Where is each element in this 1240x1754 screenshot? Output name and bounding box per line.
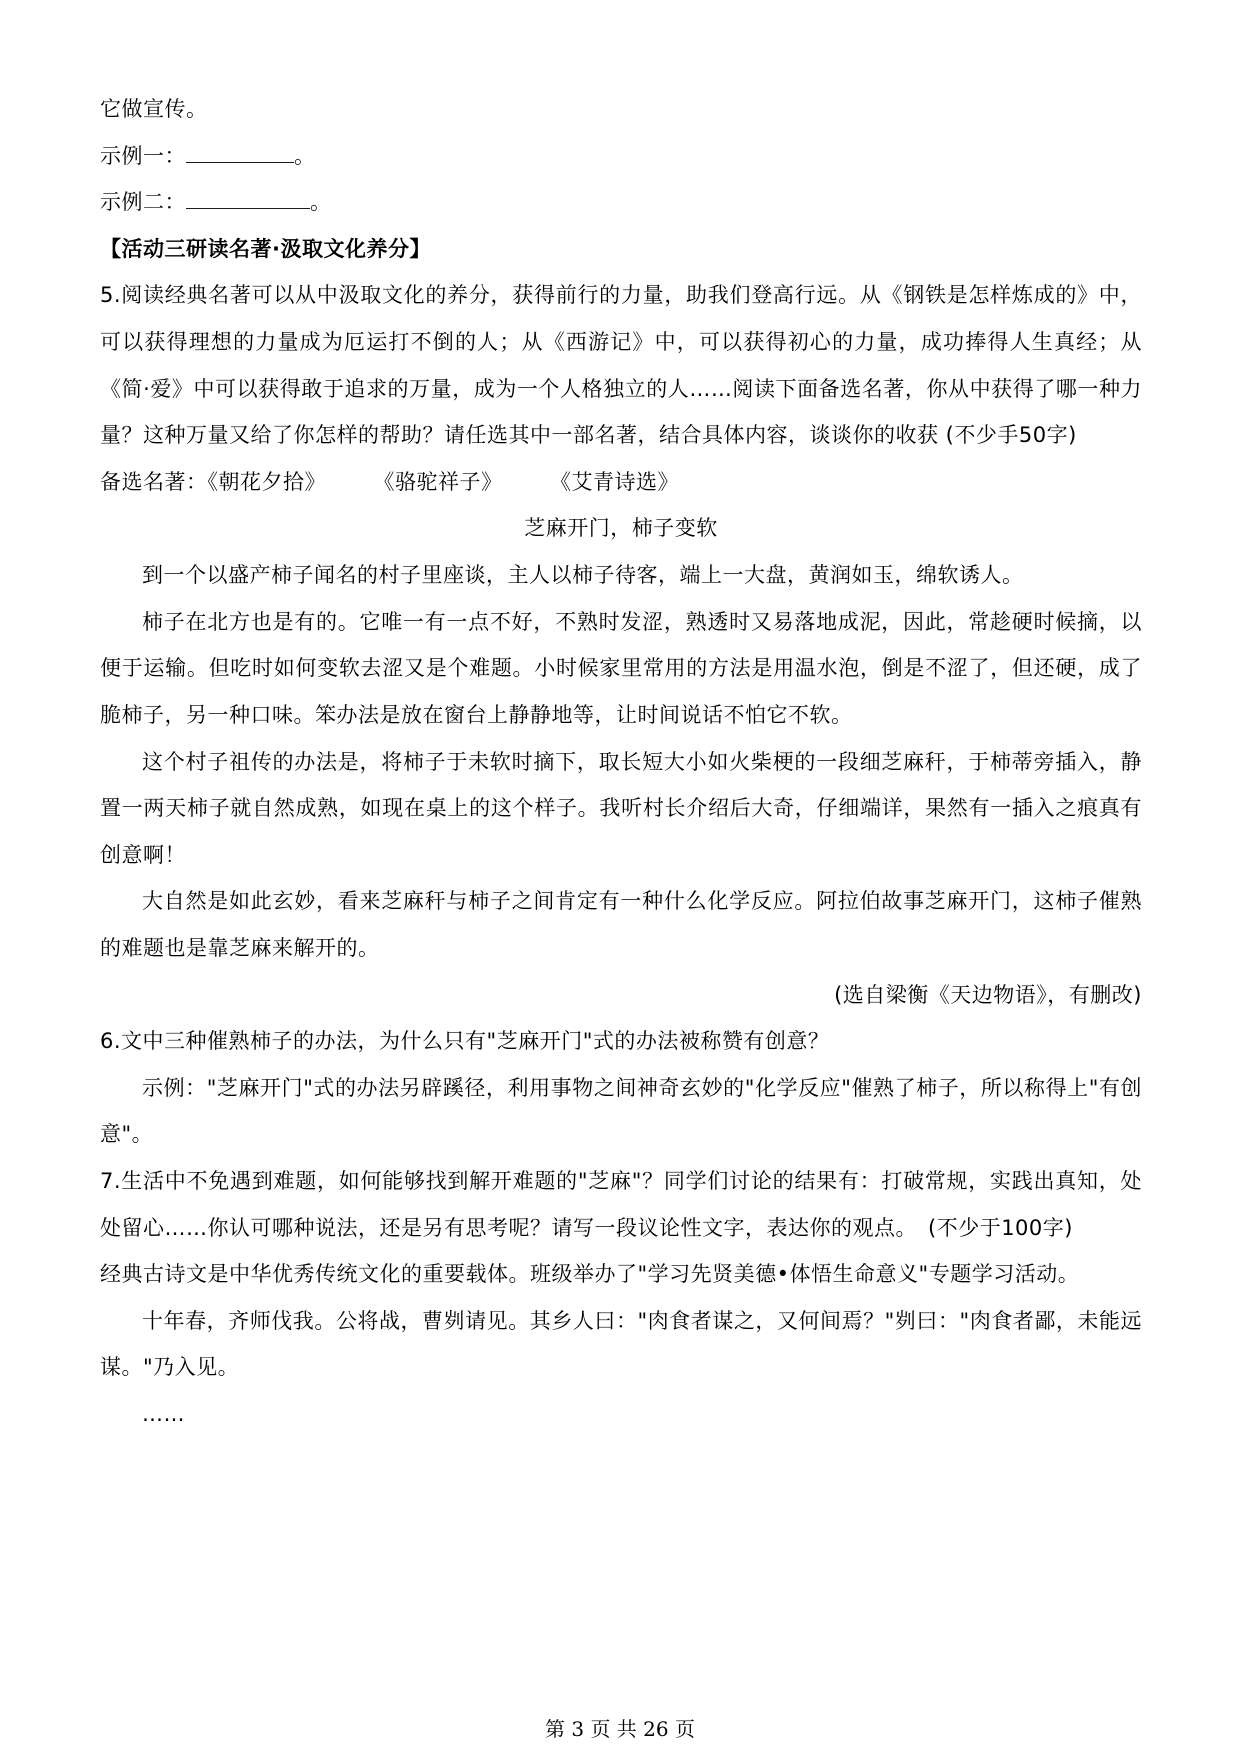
example-two-period: 。 <box>310 190 332 214</box>
essay-paragraph-4: 大自然是如此玄妙，看来芝麻秆与柿子之间肯定有一种什么化学反应。阿拉伯故事芝麻开门… <box>100 878 1142 971</box>
example-one-period: 。 <box>294 144 316 168</box>
fill-in-blank <box>186 188 310 209</box>
page-number-footer: 第 3 页 共 26 页 <box>0 1713 1240 1742</box>
ellipsis-line: …… <box>100 1391 1142 1438</box>
booklist-item: 《朝花夕拾》 <box>208 470 327 494</box>
essay-source-attribution: (选自梁衡《天边物语》，有删改) <box>100 972 1142 1019</box>
classical-text-paragraph: 十年春，齐师伐我。公将战，曹刿请见。其乡人曰："肉食者谋之，又何间焉？"刿曰："… <box>100 1298 1142 1391</box>
activity3-section-header: 【活动三研读名著·汲取文化养分】 <box>100 226 1142 273</box>
paragraph-intro-tail: 它做宣传。 <box>100 86 1142 133</box>
example-two-label: 示例二： <box>100 190 186 214</box>
document-body: 它做宣传。 示例一：。 示例二：。 【活动三研读名著·汲取文化养分】 5.阅读经… <box>100 86 1142 1438</box>
essay-paragraph-2: 柿子在北方也是有的。它唯一有一点不好，不熟时发涩，熟透时又易落地成泥，因此，常趁… <box>100 599 1142 739</box>
example-one-label: 示例一： <box>100 144 186 168</box>
booklist-label: 备选名著： <box>100 470 208 494</box>
question-7: 7.生活中不免遇到难题，如何能够找到解开难题的"芝麻"？同学们讨论的结果有：打破… <box>100 1158 1142 1251</box>
fill-in-blank <box>186 142 294 163</box>
essay-paragraph-3: 这个村子祖传的办法是，将柿子于未软时摘下，取长短大小如火柴梗的一段细芝麻秆，于柿… <box>100 739 1142 879</box>
booklist-item: 《艾青诗选》 <box>561 470 680 494</box>
example-one-line: 示例一：。 <box>100 133 1142 180</box>
booklist-line: 备选名著：《朝花夕拾》《骆驼祥子》《艾青诗选》 <box>100 459 1142 506</box>
question-6-answer: 示例："芝麻开门"式的办法另辟蹊径，利用事物之间神奇玄妙的"化学反应"催熟了柿子… <box>100 1065 1142 1158</box>
essay-paragraph-1: 到一个以盛产柿子闻名的村子里座谈，主人以柿子待客，端上一大盘，黄润如玉，绵软诱人… <box>100 552 1142 599</box>
question-6: 6.文中三种催熟柿子的办法，为什么只有"芝麻开门"式的办法被称赞有创意？ <box>100 1018 1142 1065</box>
booklist-item: 《骆驼祥子》 <box>384 470 503 494</box>
essay-title: 芝麻开门，柿子变软 <box>100 505 1142 552</box>
paragraph-intro2: 经典古诗文是中华优秀传统文化的重要载体。班级举办了"学习先贤美德•体悟生命意义"… <box>100 1251 1142 1298</box>
example-two-line: 示例二：。 <box>100 179 1142 226</box>
question-5: 5.阅读经典名著可以从中汲取文化的养分，获得前行的力量，助我们登高行远。从《钢铁… <box>100 272 1142 458</box>
